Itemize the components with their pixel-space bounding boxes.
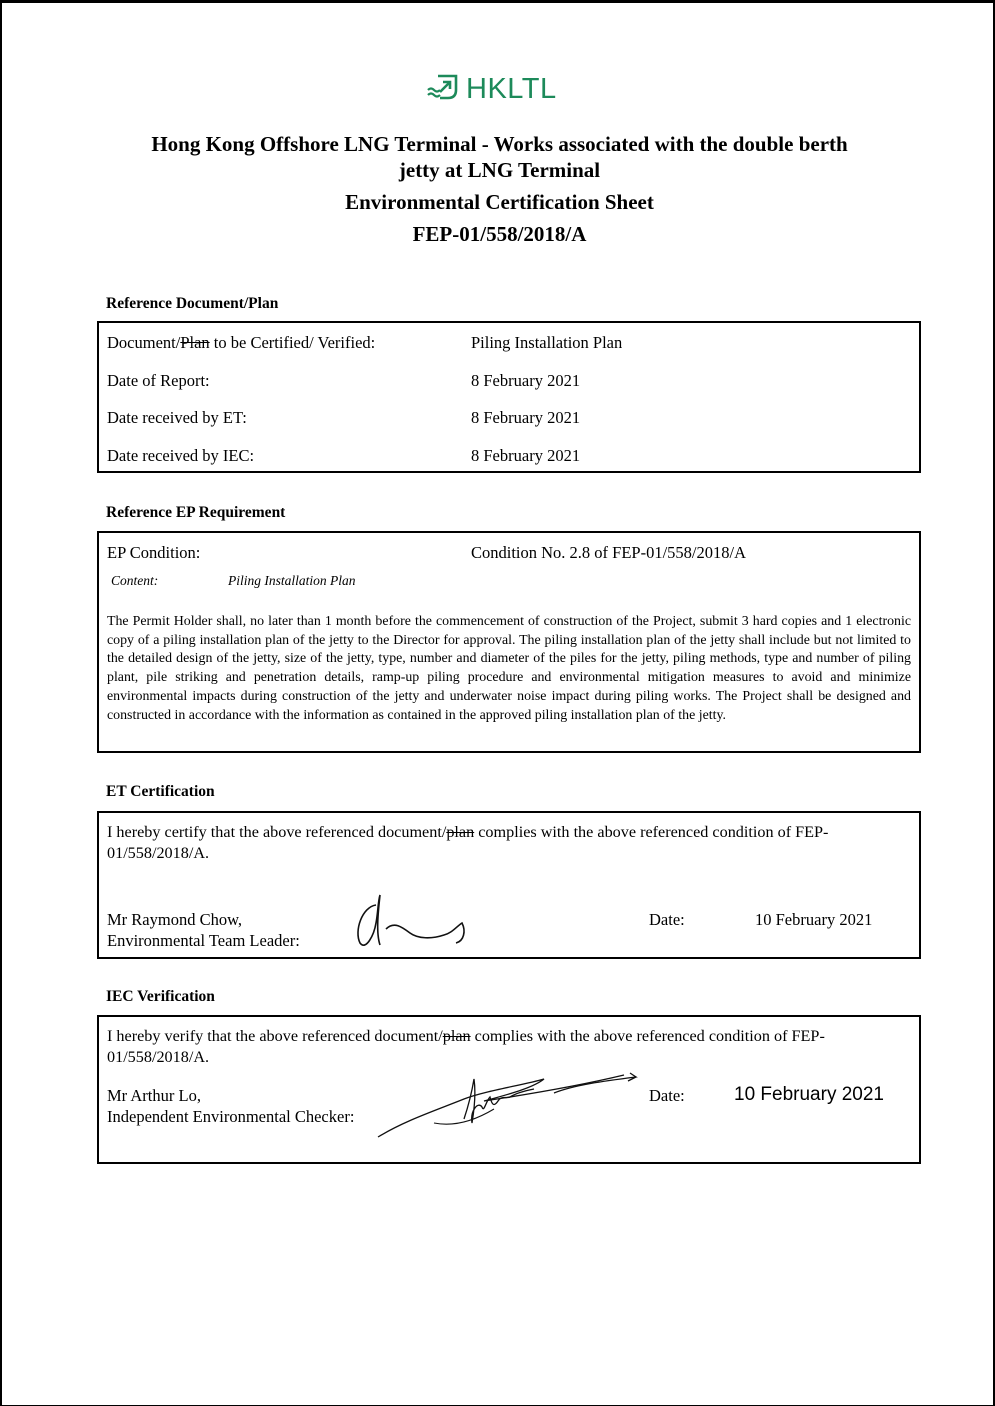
title-line-1: Hong Kong Offshore LNG Terminal - Works … xyxy=(2,131,995,157)
iec-verification-box: I hereby verify that the above reference… xyxy=(97,1015,921,1164)
reference-document-box: Document/Plan to be Certified/ Verified:… xyxy=(97,321,921,473)
content-value: Piling Installation Plan xyxy=(228,573,356,589)
title-line-2: jetty at LNG Terminal xyxy=(2,157,995,183)
document-to-certify-label: Document/Plan to be Certified/ Verified: xyxy=(107,333,375,353)
struck-plan-text: plan xyxy=(443,1027,471,1045)
ep-condition-value: Condition No. 2.8 of FEP-01/558/2018/A xyxy=(471,543,746,563)
et-signer-role: Environmental Team Leader: xyxy=(107,931,300,951)
et-certification-statement: I hereby certify that the above referenc… xyxy=(107,822,899,864)
document-page: HKLTL Hong Kong Offshore LNG Terminal - … xyxy=(0,0,995,1406)
document-title-block: Hong Kong Offshore LNG Terminal - Works … xyxy=(2,131,995,247)
hkltl-leaf-wave-logo-icon xyxy=(426,72,460,107)
date-received-iec-value: 8 February 2021 xyxy=(471,446,580,466)
iec-signer-name: Mr Arthur Lo, xyxy=(107,1086,201,1106)
et-certification-box: I hereby certify that the above referenc… xyxy=(97,811,921,959)
company-logo: HKLTL xyxy=(426,73,557,105)
et-date-label: Date: xyxy=(649,910,685,930)
ep-requirement-box: EP Condition: Condition No. 2.8 of FEP-0… xyxy=(97,531,921,753)
section-label-iec-verification: IEC Verification xyxy=(106,988,215,1006)
section-label-ep-requirement: Reference EP Requirement xyxy=(106,504,285,522)
section-label-et-certification: ET Certification xyxy=(106,783,215,801)
date-received-et-label: Date received by ET: xyxy=(107,408,247,428)
handwritten-signature-icon xyxy=(374,1071,654,1146)
date-of-report-label: Date of Report: xyxy=(107,371,210,391)
handwritten-signature-icon xyxy=(352,893,472,958)
date-of-report-value: 8 February 2021 xyxy=(471,371,580,391)
ep-condition-label: EP Condition: xyxy=(107,543,200,563)
permit-number: FEP-01/558/2018/A xyxy=(2,221,995,247)
date-received-iec-label: Date received by IEC: xyxy=(107,446,254,466)
struck-plan-text: Plan xyxy=(180,333,209,352)
section-label-reference-document: Reference Document/Plan xyxy=(106,295,278,313)
iec-signer-role: Independent Environmental Checker: xyxy=(107,1107,354,1127)
document-subtitle: Environmental Certification Sheet xyxy=(2,189,995,215)
iec-verification-statement: I hereby verify that the above reference… xyxy=(107,1026,899,1068)
content-label: Content: xyxy=(111,573,158,589)
iec-date-value: 10 February 2021 xyxy=(734,1084,884,1106)
document-to-certify-value: Piling Installation Plan xyxy=(471,333,622,353)
struck-plan-text: plan xyxy=(446,823,474,841)
et-date-value: 10 February 2021 xyxy=(755,910,872,930)
ep-condition-text: The Permit Holder shall, no later than 1… xyxy=(107,613,911,725)
et-signer-name: Mr Raymond Chow, xyxy=(107,910,242,930)
date-received-et-value: 8 February 2021 xyxy=(471,408,580,428)
iec-date-label: Date: xyxy=(649,1086,685,1106)
logo-wordmark: HKLTL xyxy=(466,73,557,105)
